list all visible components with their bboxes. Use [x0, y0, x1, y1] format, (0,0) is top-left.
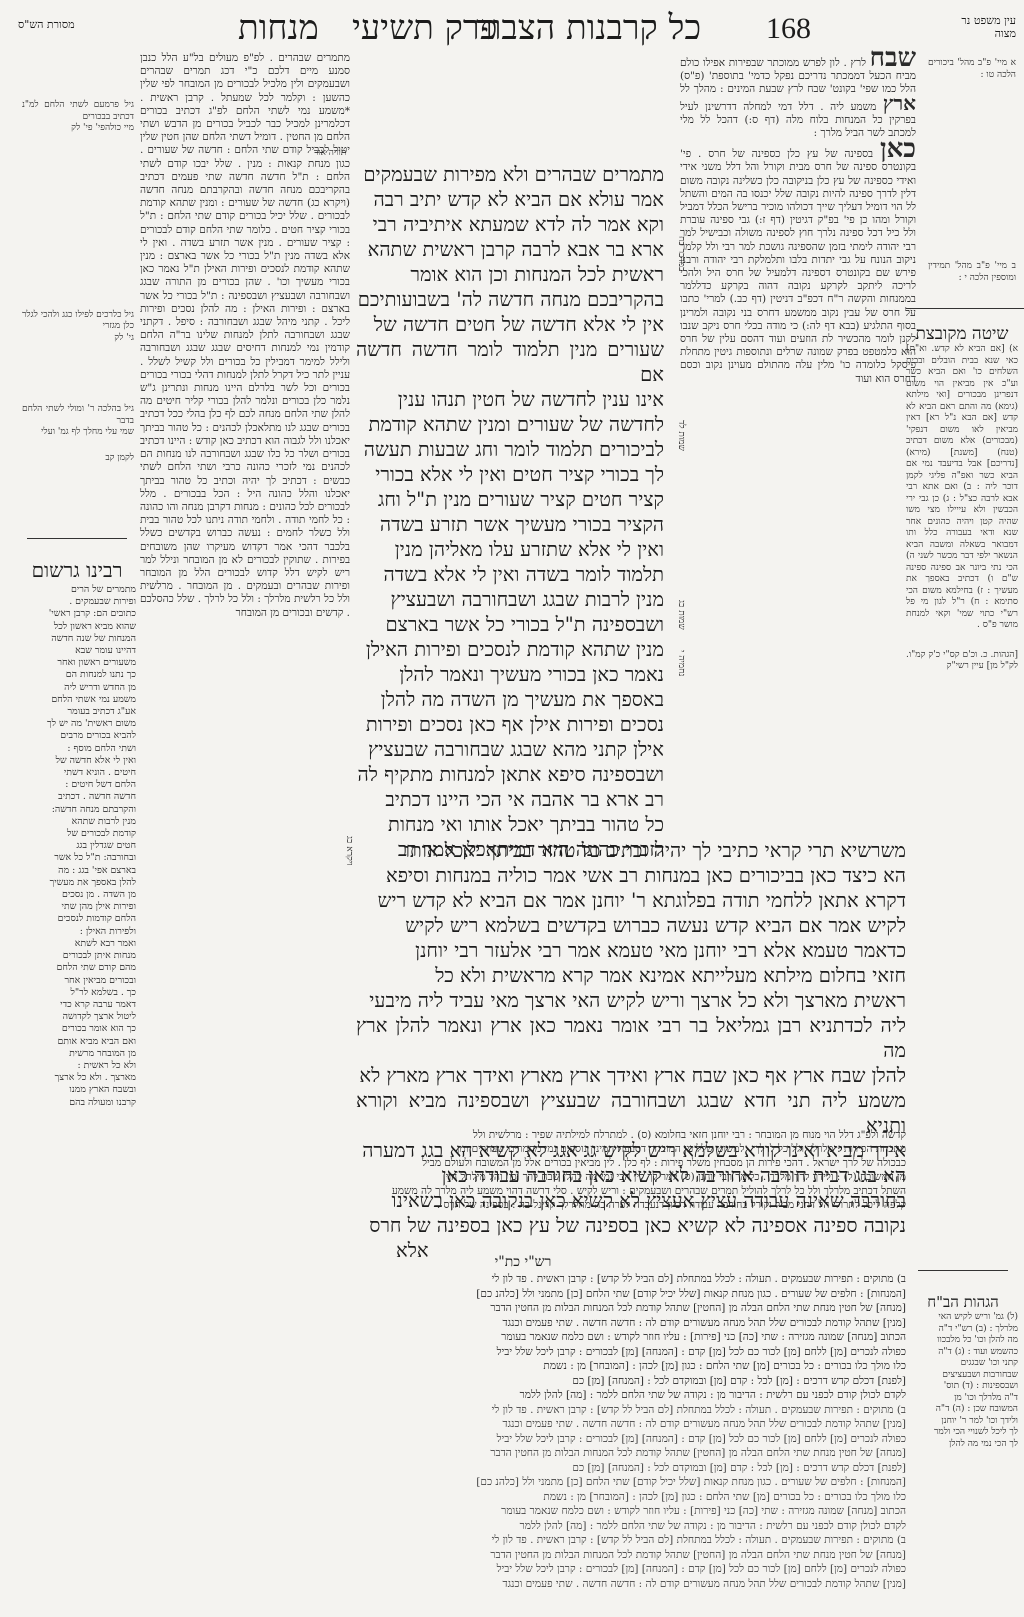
rabbeinu-gershom-text: מתמרים של הרים ופירות שבעמקים . כתובים ה…: [18, 584, 136, 1109]
title-chapter-number: פרק תשיעי: [352, 8, 497, 48]
shita-mekubetzet-text: א) [אם הביא לא קדש. וא"ת] כאי שנא בבית ה…: [906, 344, 1018, 632]
ein-mishpat-item: א מיי' פ"ב מהל' ביכורים הלכה טו :: [928, 58, 1016, 81]
masoret-label: מסורת הש"ס: [18, 18, 98, 31]
shita-mekubetzet-section: שיטה מקובצת א) [אם הביא לא קדש. וא"ת] כא…: [906, 300, 1018, 673]
tosafot-dibbur-eretz: ארץ: [883, 91, 916, 115]
torah-or-ref: במדבר כח: [668, 236, 686, 271]
shita-mekubetzet-note: [הגהות. כ. וכ'ם קס"י כ'ק קמ"ו. לק"ל מן] …: [906, 650, 1018, 673]
torah-or-ref: שמות לד: [668, 420, 686, 451]
masoret-item: שמי עלי מחלך לף גמ' ועלי: [22, 427, 134, 439]
rashi-ktav-yad-heading: רש"י כת"י: [140, 1252, 906, 1272]
rashi-ktav-yad-text: ב) מתוקים : תפירות שבעמקים . תעולה : לכל…: [140, 1272, 906, 1591]
masoret-item: גיל בהלכה ר' ומולי לשתי הלחם בדבר: [22, 404, 134, 427]
torah-or-ref: נחמיה י: [668, 650, 686, 676]
hagahot-habach-section: הגהות הב"ח (ל) גמ' וריש לקיש האי מלרלך :…: [908, 1262, 1018, 1450]
rashi-ktav-yad-section: רש"י כת"י ב) מתוקים : תפירות שבעמקים . ת…: [140, 1252, 906, 1591]
masoret-item: לקמן קב: [22, 453, 134, 465]
masoret-item: מיי כולהפי' פי' לק: [22, 123, 134, 135]
torah-or-ref: שמות כג: [668, 600, 686, 630]
tosafot-bottom: קדשה ולפ"ג דלל הוי מנוח מן המובחר : רבי …: [140, 1128, 906, 1212]
ornament-divider: [908, 1262, 1018, 1278]
tosafot-dibbur-kan: כאן: [880, 134, 916, 164]
ein-mishpat-label: עין משפט נר מצוה: [952, 14, 1016, 40]
tosafot-text: שבח לרץ . לון לפרש ממוכתר שבפירות אפילו …: [680, 52, 916, 140]
gemara-main-text: מתמרים שבהרים ולא מפירות שבעמקים אמר עול…: [356, 162, 664, 862]
ornament-divider: [18, 530, 136, 546]
hagahot-habach-text: (ל) גמ' וריש לקיש האי מלרלך : (ב) רש"י ד…: [908, 1312, 1018, 1450]
ein-mishpat-item: ב מיי' פ"ב מהל' תמידין ומוספין הלכה י :: [928, 261, 1016, 284]
hagahot-habach-heading: הגהות הב"ח: [908, 1292, 1018, 1312]
masoret-item: גיל כלרכים לפילו כגג ולהכי לגלר כלן מגזר…: [22, 310, 134, 333]
tosafot-column: שבח לרץ . לון לפרש ממוכתר שבפירות אפילו …: [680, 52, 916, 386]
page-number: 168: [766, 12, 811, 46]
shita-mekubetzet-heading: שיטה מקובצת: [906, 324, 1018, 344]
ein-mishpat-column: א מיי' פ"ב מהל' ביכורים הלכה טו : ב מיי'…: [928, 58, 1016, 284]
title-tractate: מנחות: [238, 8, 319, 48]
rashi-column: מתמרים שבהרים . לפ"פ מעולים בל"ע הלל כנב…: [140, 52, 350, 620]
tosafot-dibbur-shevach: שבח: [870, 43, 916, 73]
rabbeinu-gershom-heading: רבינו גרשום: [18, 556, 136, 584]
rabbeinu-gershom-section: רבינו גרשום מתמרים של הרים ופירות שבעמקי…: [18, 530, 136, 1109]
title-chapter-name: כל קרבנות הצבור: [476, 8, 701, 48]
masoret-item: גי' לק: [22, 333, 134, 345]
tosafot-text-2: כאן בספינה של עץ כלן כספינה של חרס . פי'…: [680, 143, 916, 386]
masoret-column: גיל פרמעם לשתי הלחם למ"נ דכתיב בבכורים מ…: [22, 100, 134, 464]
torah-or-ref: ויקרא כג: [338, 836, 354, 866]
ornament-divider: [906, 300, 1018, 316]
masoret-item: גיל פרמעם לשתי הלחם למ"נ דכתיב בבכורים: [22, 100, 134, 123]
